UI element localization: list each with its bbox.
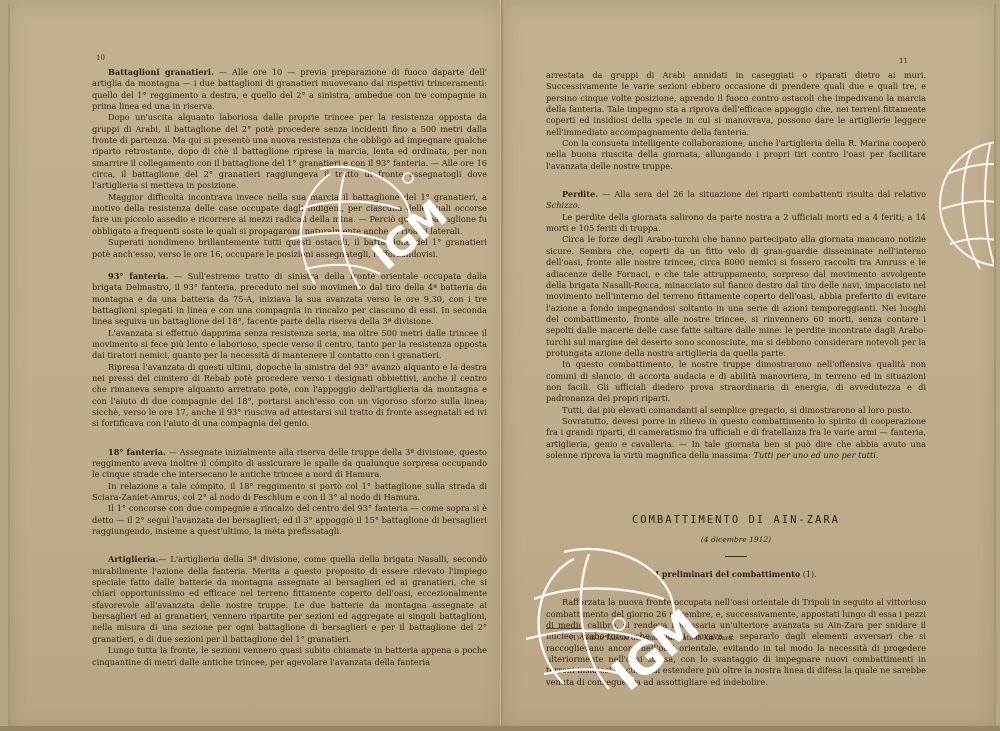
title-rule xyxy=(725,556,747,557)
section-artiglieria: Artiglieria.— L'artiglieria della 3ª div… xyxy=(92,554,487,667)
paragraph: Tutti, dai più elevati comandanti al sem… xyxy=(546,405,926,416)
footnote-rule xyxy=(546,628,582,629)
paragraph: Superati nondimeno brillantemente tutti … xyxy=(92,237,487,260)
paragraph: Ripresa l'avanzata di questi ultimi, dop… xyxy=(92,362,487,430)
paragraph: Le perdite della giornata salirono da pa… xyxy=(546,212,926,235)
book-bottom-edge xyxy=(0,726,1000,731)
paragraph: Rafforzata la nuova fronte occupata nell… xyxy=(546,597,926,688)
igm-globe-icon xyxy=(932,134,994,274)
paragraph: arrestata da gruppi di Arabi annidati in… xyxy=(546,70,926,138)
chapter-subheading: I preliminari del combattimento xyxy=(655,569,800,579)
paragraph: In relazione a tale cómpito, il 18° regg… xyxy=(92,481,487,504)
section-heading: Artiglieria. xyxy=(108,554,158,564)
book-spread: 10 Battaglioni granatieri. — Alle ore 10… xyxy=(0,0,1000,731)
page-number: 11 xyxy=(899,57,908,65)
paragraph: Il 1° concorse con due compagnie a rinca… xyxy=(92,503,487,537)
sheet-number: 8 xyxy=(899,647,903,655)
paragraph: — Alla sera del 26 la situazione dei rip… xyxy=(598,189,926,199)
paragraph: L'avanzata si effettuò dapprima senza re… xyxy=(92,328,487,362)
paragraph: Lungo tutta la fronte, le sezioni venner… xyxy=(92,645,487,668)
footnote-marker: (1). xyxy=(800,570,816,579)
paragraph: Con la consueta intelligente collaborazi… xyxy=(546,138,926,172)
chapter-date: (4 dicembre 1912) xyxy=(546,534,926,545)
section-heading: Perdite. xyxy=(562,189,598,199)
right-text-column: arrestata da gruppi di Arabi annidati in… xyxy=(546,70,926,688)
page-number: 10 xyxy=(96,54,105,62)
section-heading: 18° fanteria. xyxy=(108,447,166,457)
schizzo-reference: Schizzo. xyxy=(546,200,580,210)
motto: Tutti per uno ed uno per tutti. xyxy=(754,450,879,460)
section-93-fanteria: 93° fanteria. — Sull'estremo tratto di s… xyxy=(92,271,487,430)
chapter-title: COMBATTIMENTO DI AIN-ZARA xyxy=(546,515,926,526)
paragraph: In questo combattimento, le nostre trupp… xyxy=(546,359,926,404)
left-text-column: Battaglioni granatieri. — Alle ore 10 — … xyxy=(92,67,487,668)
paragraph: Maggior difficoltà incontrava invece nel… xyxy=(92,192,487,237)
section-18-fanteria: 18° fanteria. — Assegnate inizialmente a… xyxy=(92,447,487,538)
right-page: 11 arrestata da gruppi di Arabi annidati… xyxy=(504,4,996,726)
left-page: 10 Battaglioni granatieri. — Alle ore 10… xyxy=(8,4,500,726)
section-granatieri: Battaglioni granatieri. — Alle ore 10 — … xyxy=(92,67,487,260)
paragraph: — L'artiglieria della 3ª divisione, come… xyxy=(92,554,487,643)
footnote: (1) Vedi le Tabelle del combattimento di… xyxy=(570,634,734,642)
section-heading: 93° fanteria. xyxy=(108,271,169,281)
section-heading: Battaglioni granatieri. xyxy=(108,67,214,77)
paragraph: Circa le forze degli Arabo-turchi che ha… xyxy=(546,234,926,359)
section-perdite: Perdite. — Alla sera del 26 la situazion… xyxy=(546,189,926,461)
paragraph: Dopo un'uscita alquanto laboriosa dalle … xyxy=(92,112,487,191)
